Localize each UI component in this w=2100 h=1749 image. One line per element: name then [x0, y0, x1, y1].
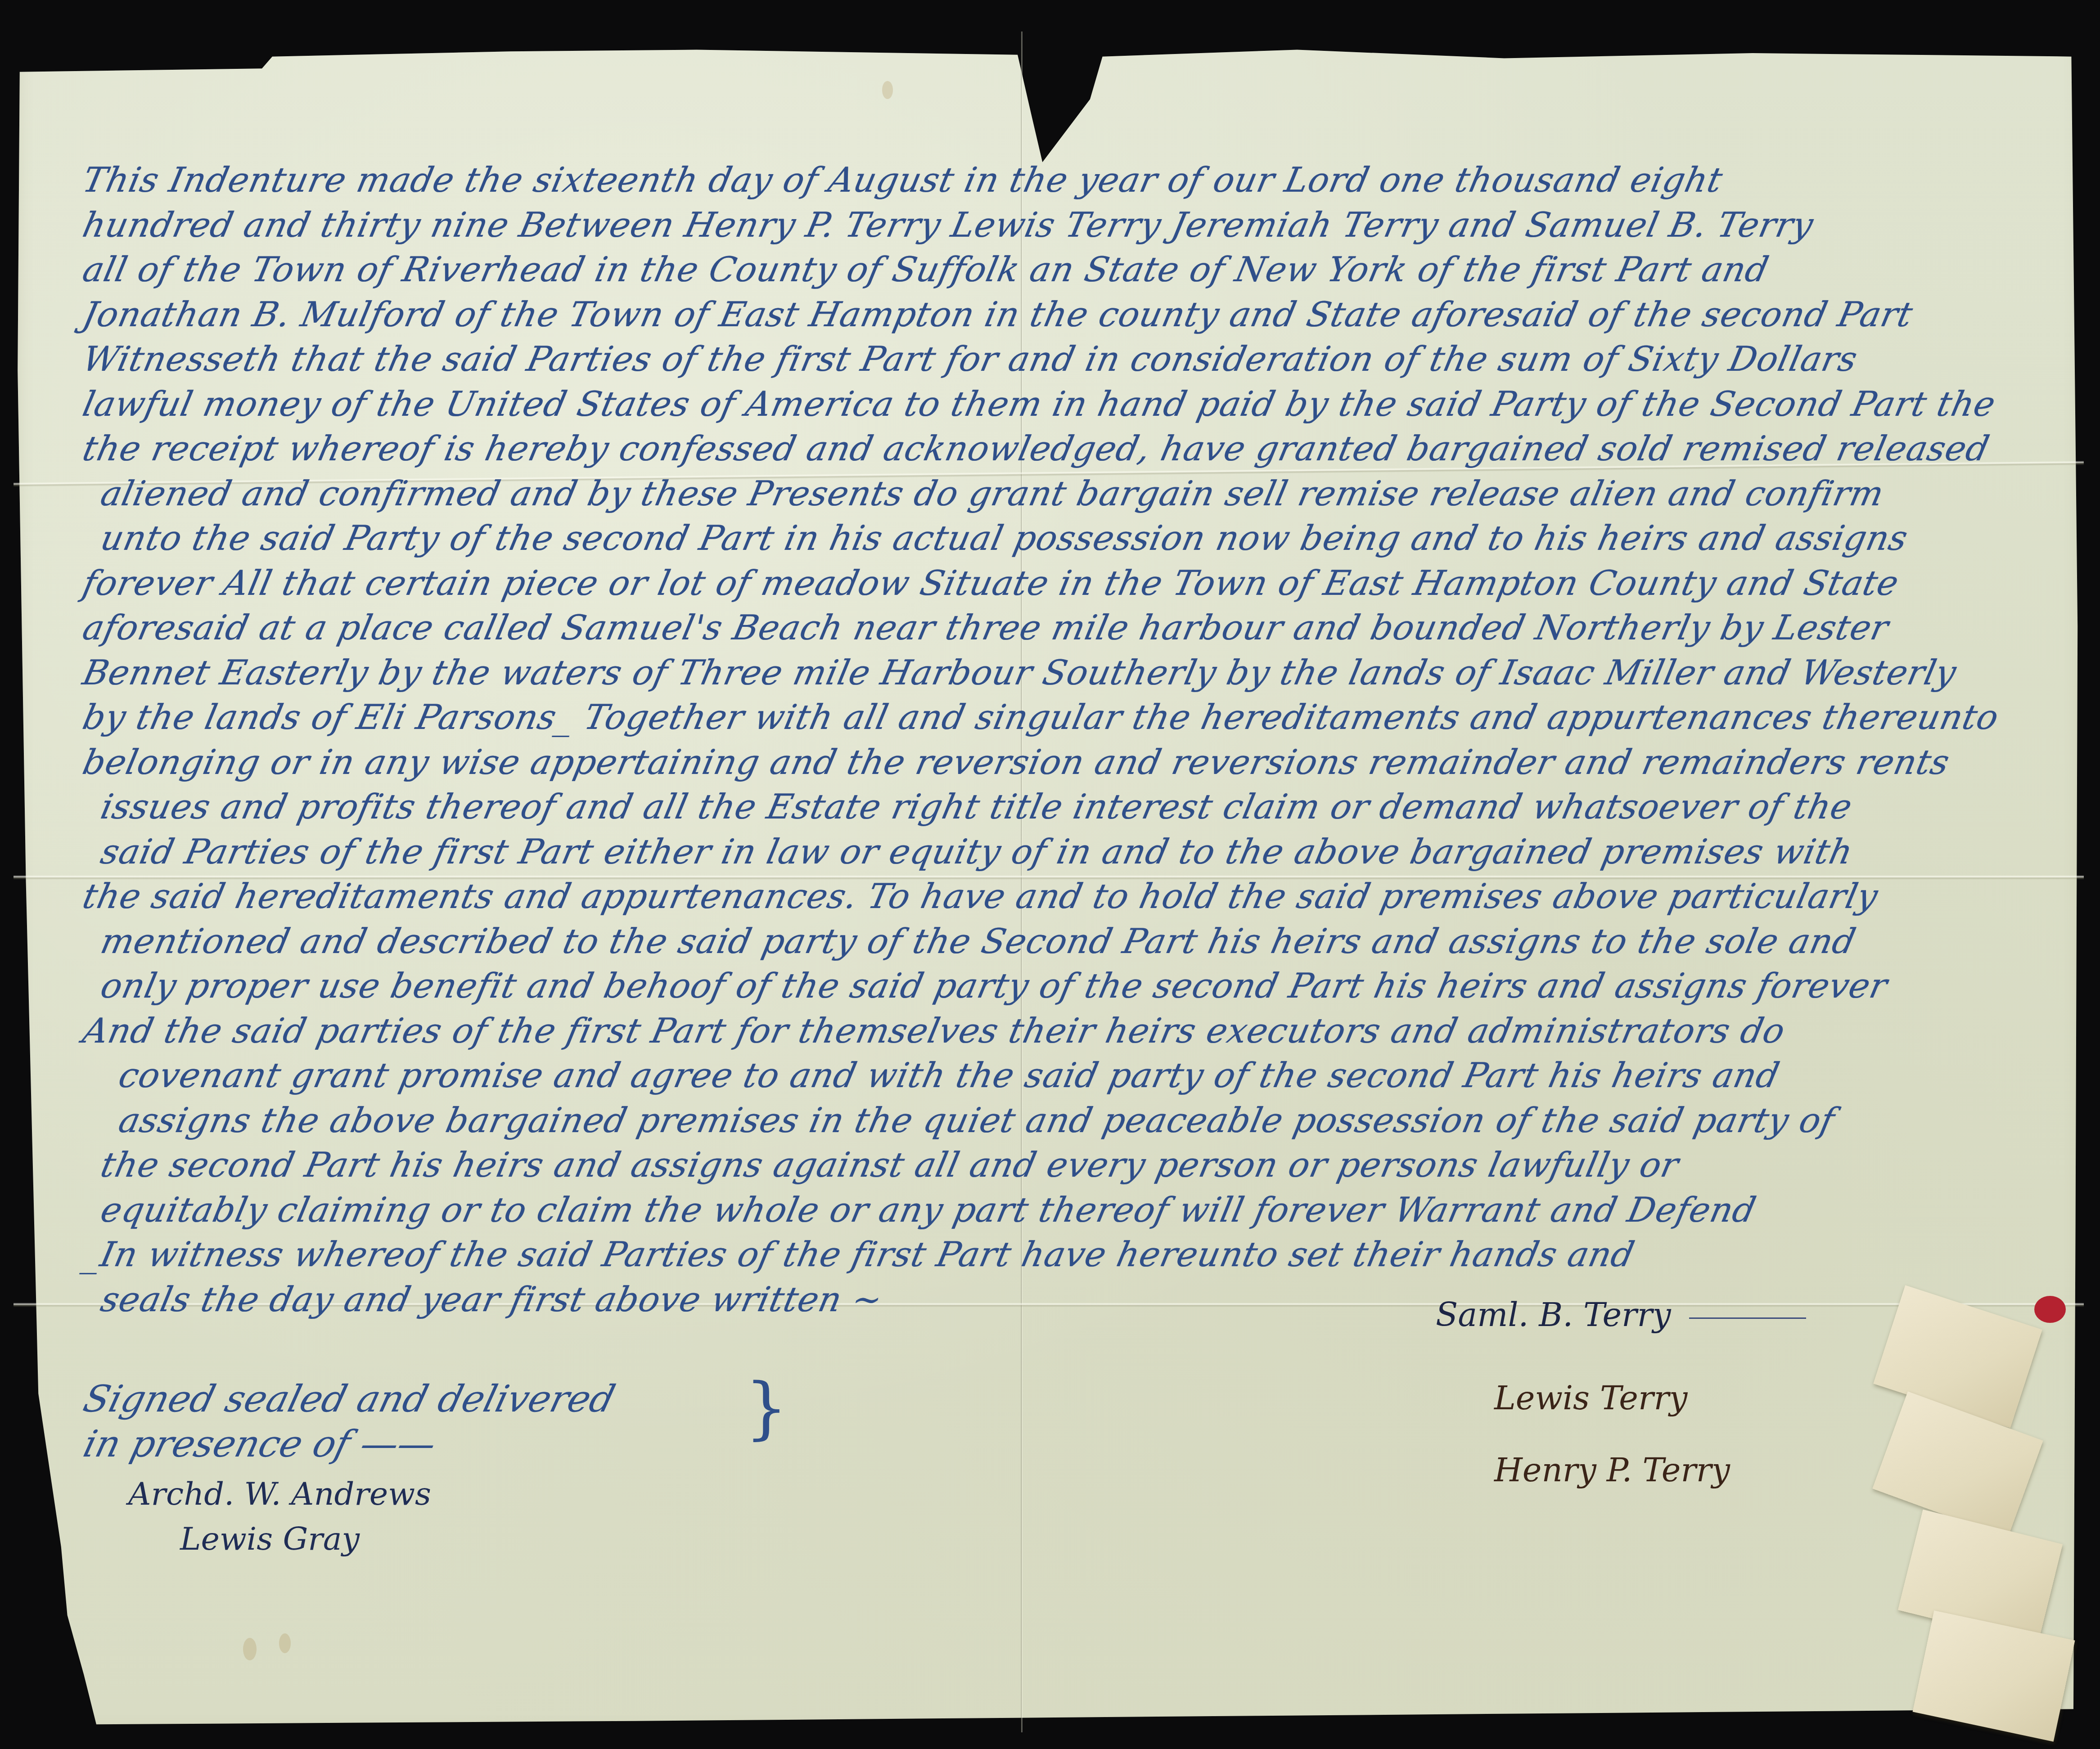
body-line: the second Part his heirs and assigns ag…	[79, 1142, 2077, 1187]
body-line: covenant grant promise and agree to and …	[79, 1053, 2077, 1098]
body-line: issues and profits thereof and all the E…	[79, 784, 2077, 829]
body-line: lawful money of the United States of Ame…	[79, 382, 2077, 427]
body-line: equitably claiming or to claim the whole…	[79, 1187, 2077, 1232]
body-line: the said hereditaments and appurtenances…	[79, 874, 2077, 919]
body-line: aliened and confirmed and by these Prese…	[79, 471, 2077, 516]
body-line: seals the day and year first above writt…	[79, 1277, 2077, 1322]
body-line: aforesaid at a place called Samuel's Bea…	[79, 605, 2077, 650]
witness-signature: Archd. W. Andrews	[128, 1471, 431, 1516]
grantor-signature: Henry P. Terry	[1494, 1451, 1730, 1489]
body-line: Witnesseth that the said Parties of the …	[79, 337, 2077, 382]
attestation-line: in presence of ——	[79, 1422, 619, 1467]
indenture-body: This Indenture made the sixteenth day of…	[79, 157, 2068, 1322]
grantor-signature: Lewis Terry	[1494, 1379, 1687, 1417]
body-line: by the lands of Eli Parsons_ Together wi…	[79, 695, 2077, 740]
grantor-signature: Saml. B. Terry	[1436, 1296, 1671, 1334]
body-line: mentioned and described to the said part…	[79, 919, 2077, 964]
body-line: hundred and thirty nine Between Henry P.…	[79, 202, 2077, 247]
wax-seal	[2034, 1296, 2066, 1323]
witness-signature: Lewis Gray	[128, 1516, 431, 1561]
body-line: forever All that certain piece or lot of…	[79, 561, 2077, 606]
body-line: belonging or in any wise appertaining an…	[79, 740, 2077, 785]
body-line: unto the said Party of the second Part i…	[79, 516, 2077, 561]
paper-stain	[882, 81, 893, 99]
body-line: only proper use benefit and behoof of th…	[79, 963, 2077, 1008]
witness-signatures: Archd. W. Andrews Lewis Gray	[128, 1471, 431, 1561]
attestation-line: Signed sealed and delivered	[79, 1377, 619, 1422]
paper-stain	[243, 1638, 257, 1660]
body-line: And the said parties of the first Part f…	[79, 1008, 2077, 1053]
body-line: the receipt whereof is hereby confessed …	[79, 426, 2077, 471]
body-line: _In witness whereof the said Parties of …	[79, 1232, 2077, 1277]
body-line: Bennet Easterly by the waters of Three m…	[79, 650, 2077, 695]
body-line: said Parties of the first Part either in…	[79, 829, 2077, 874]
body-line: This Indenture made the sixteenth day of…	[79, 157, 2077, 202]
attestation-clause: Signed sealed and delivered in presence …	[79, 1377, 608, 1467]
attestation-brace: }	[745, 1386, 788, 1431]
paper-stain	[279, 1633, 291, 1653]
body-line: all of the Town of Riverhead in the Coun…	[79, 247, 2077, 292]
document-scan: This Indenture made the sixteenth day of…	[0, 0, 2100, 1749]
body-line: Jonathan B. Mulford of the Town of East …	[79, 292, 2077, 337]
body-line: assigns the above bargained premises in …	[79, 1098, 2077, 1143]
